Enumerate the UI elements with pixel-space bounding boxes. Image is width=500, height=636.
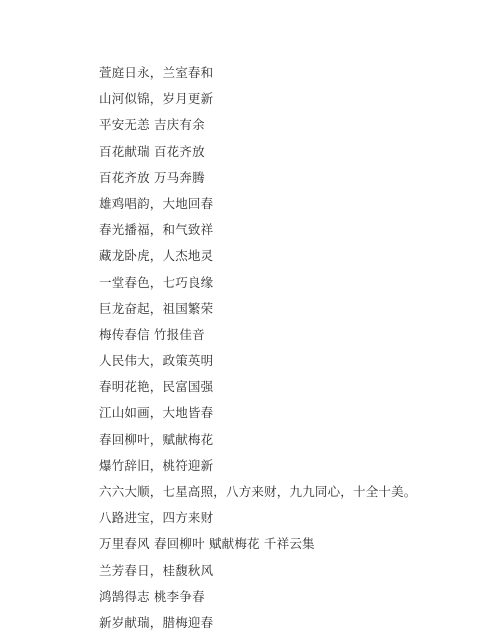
text-line: 百花齐放 万马奔腾	[99, 169, 499, 195]
text-line: 春回柳叶，赋献梅花	[99, 431, 499, 457]
text-line: 山河似锦，岁月更新	[99, 90, 499, 116]
text-line: 百花献瑞 百花齐放	[99, 143, 499, 169]
text-line: 春光播福，和气致祥	[99, 221, 499, 247]
text-line: 爆竹辞旧，桃符迎新	[99, 457, 499, 483]
document-body: 萱庭日永，兰室春和 山河似锦，岁月更新 平安无恙 吉庆有余 百花献瑞 百花齐放 …	[99, 64, 499, 636]
text-line: 人民伟大，政策英明	[99, 352, 499, 378]
text-line: 八路进宝，四方来财	[99, 509, 499, 535]
text-line: 雄鸡唱韵，大地回春	[99, 195, 499, 221]
text-line: 鸿鹄得志 桃李争春	[99, 588, 499, 614]
text-line: 巨龙奋起，祖国繁荣	[99, 300, 499, 326]
text-line: 梅传春信 竹报佳音	[99, 326, 499, 352]
text-line: 六六大顺，七星高照，八方来财，九九同心，十全十美。	[99, 483, 499, 509]
text-line: 藏龙卧虎，人杰地灵	[99, 247, 499, 273]
text-line: 江山如画，大地皆春	[99, 404, 499, 430]
text-line: 春明花艳，民富国强	[99, 378, 499, 404]
text-line: 平安无恙 吉庆有余	[99, 116, 499, 142]
text-line: 兰芳春日，桂馥秋风	[99, 562, 499, 588]
text-line: 新岁献瑞，腊梅迎春	[99, 614, 499, 636]
text-line: 萱庭日永，兰室春和	[99, 64, 499, 90]
text-line: 一堂春色，七巧良缘	[99, 274, 499, 300]
text-line: 万里春风 春回柳叶 赋献梅花 千祥云集	[99, 535, 499, 561]
